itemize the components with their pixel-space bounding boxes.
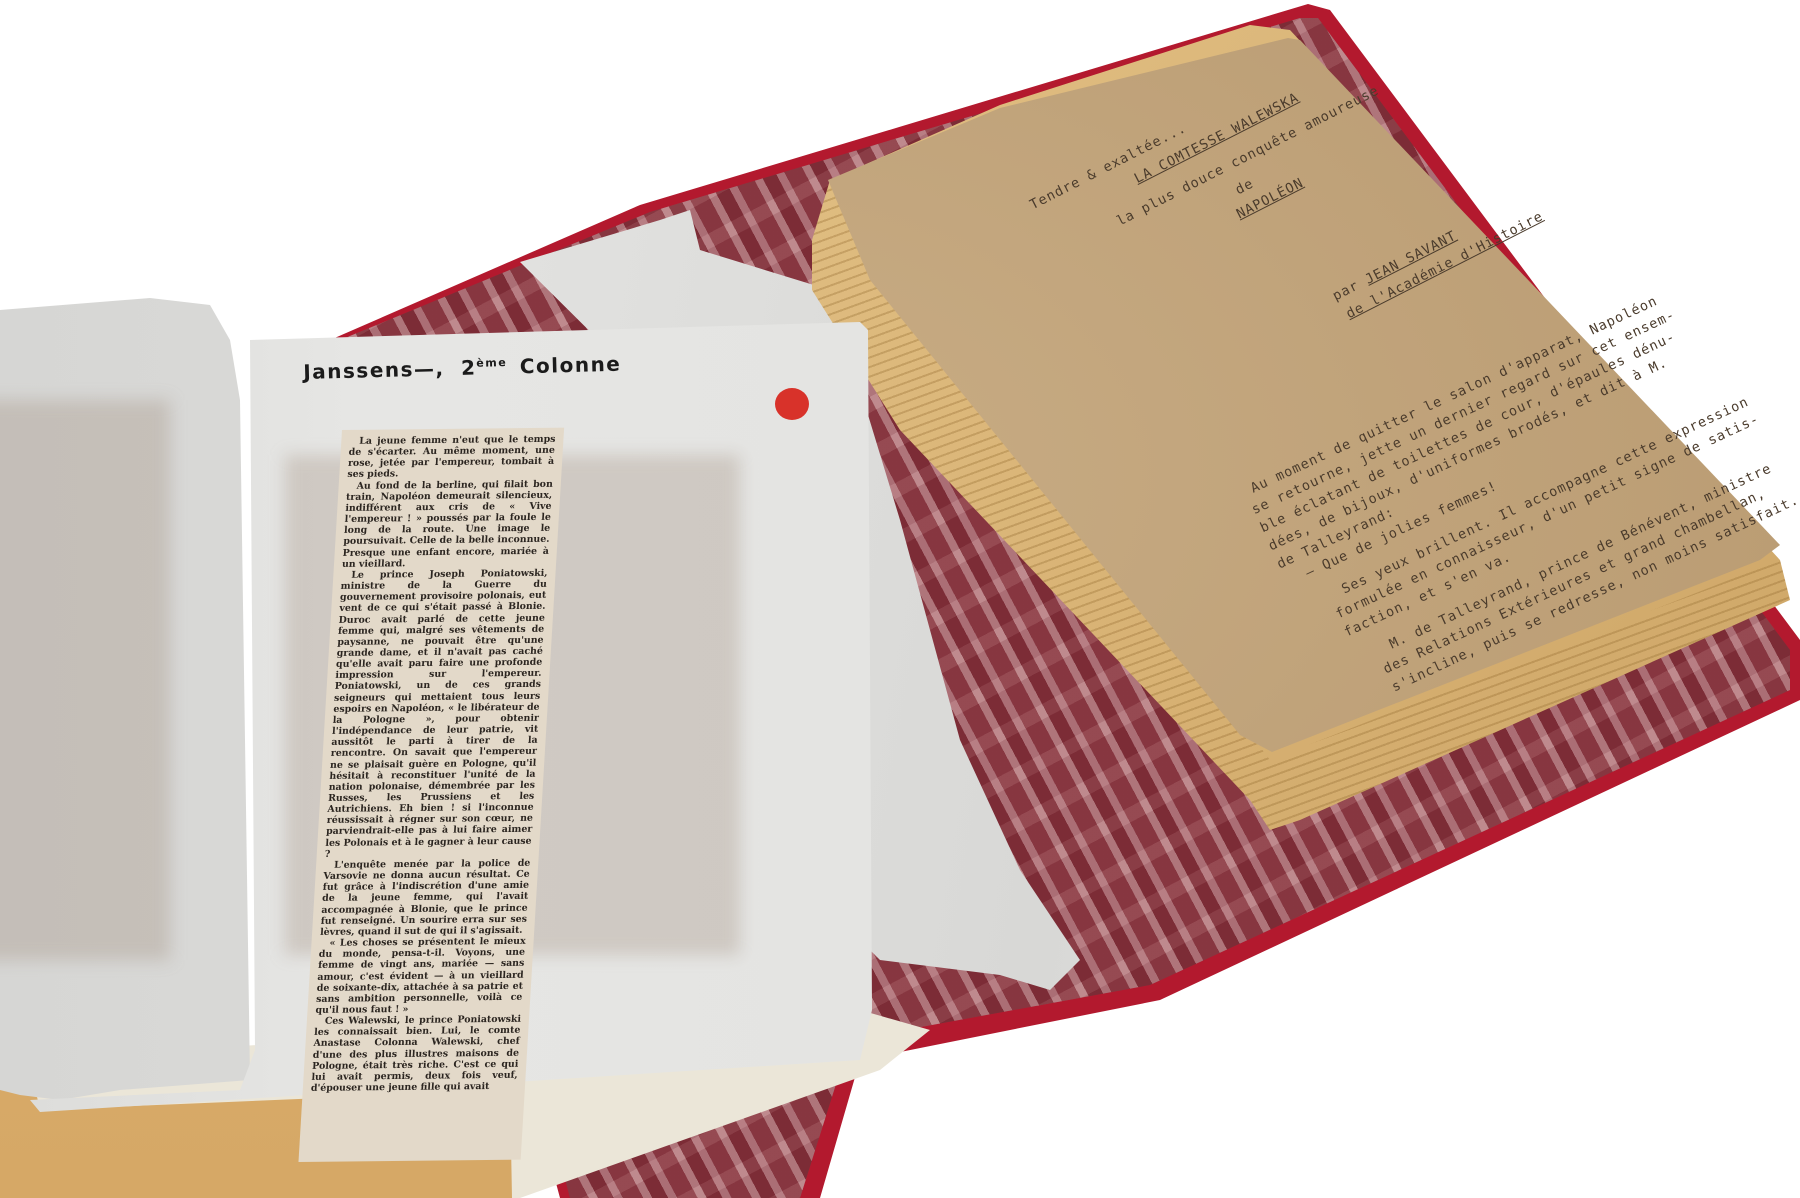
red-dot-sticker bbox=[775, 388, 809, 420]
clipping-paragraph: « Les choses se présentent le mieux du m… bbox=[315, 936, 526, 1016]
clipping-paragraph: La jeune femme n'eut que le temps de s'é… bbox=[347, 434, 556, 481]
clipping-paragraph: Ces Walewski, le prince Poniatowski les … bbox=[311, 1014, 522, 1094]
newspaper-clipping: La jeune femme n'eut que le temps de s'é… bbox=[298, 428, 564, 1162]
clipping-text: La jeune femme n'eut que le temps de s'é… bbox=[311, 434, 556, 1094]
clipping-paragraph: Au fond de la berline, qui filait bon tr… bbox=[342, 478, 553, 569]
clipping-paragraph: Le prince Joseph Poniatowski, ministre d… bbox=[324, 568, 547, 860]
left-page-shadow-image bbox=[0, 400, 170, 960]
clipping-paragraph: L'enquête menée par la police de Varsovi… bbox=[320, 858, 531, 938]
